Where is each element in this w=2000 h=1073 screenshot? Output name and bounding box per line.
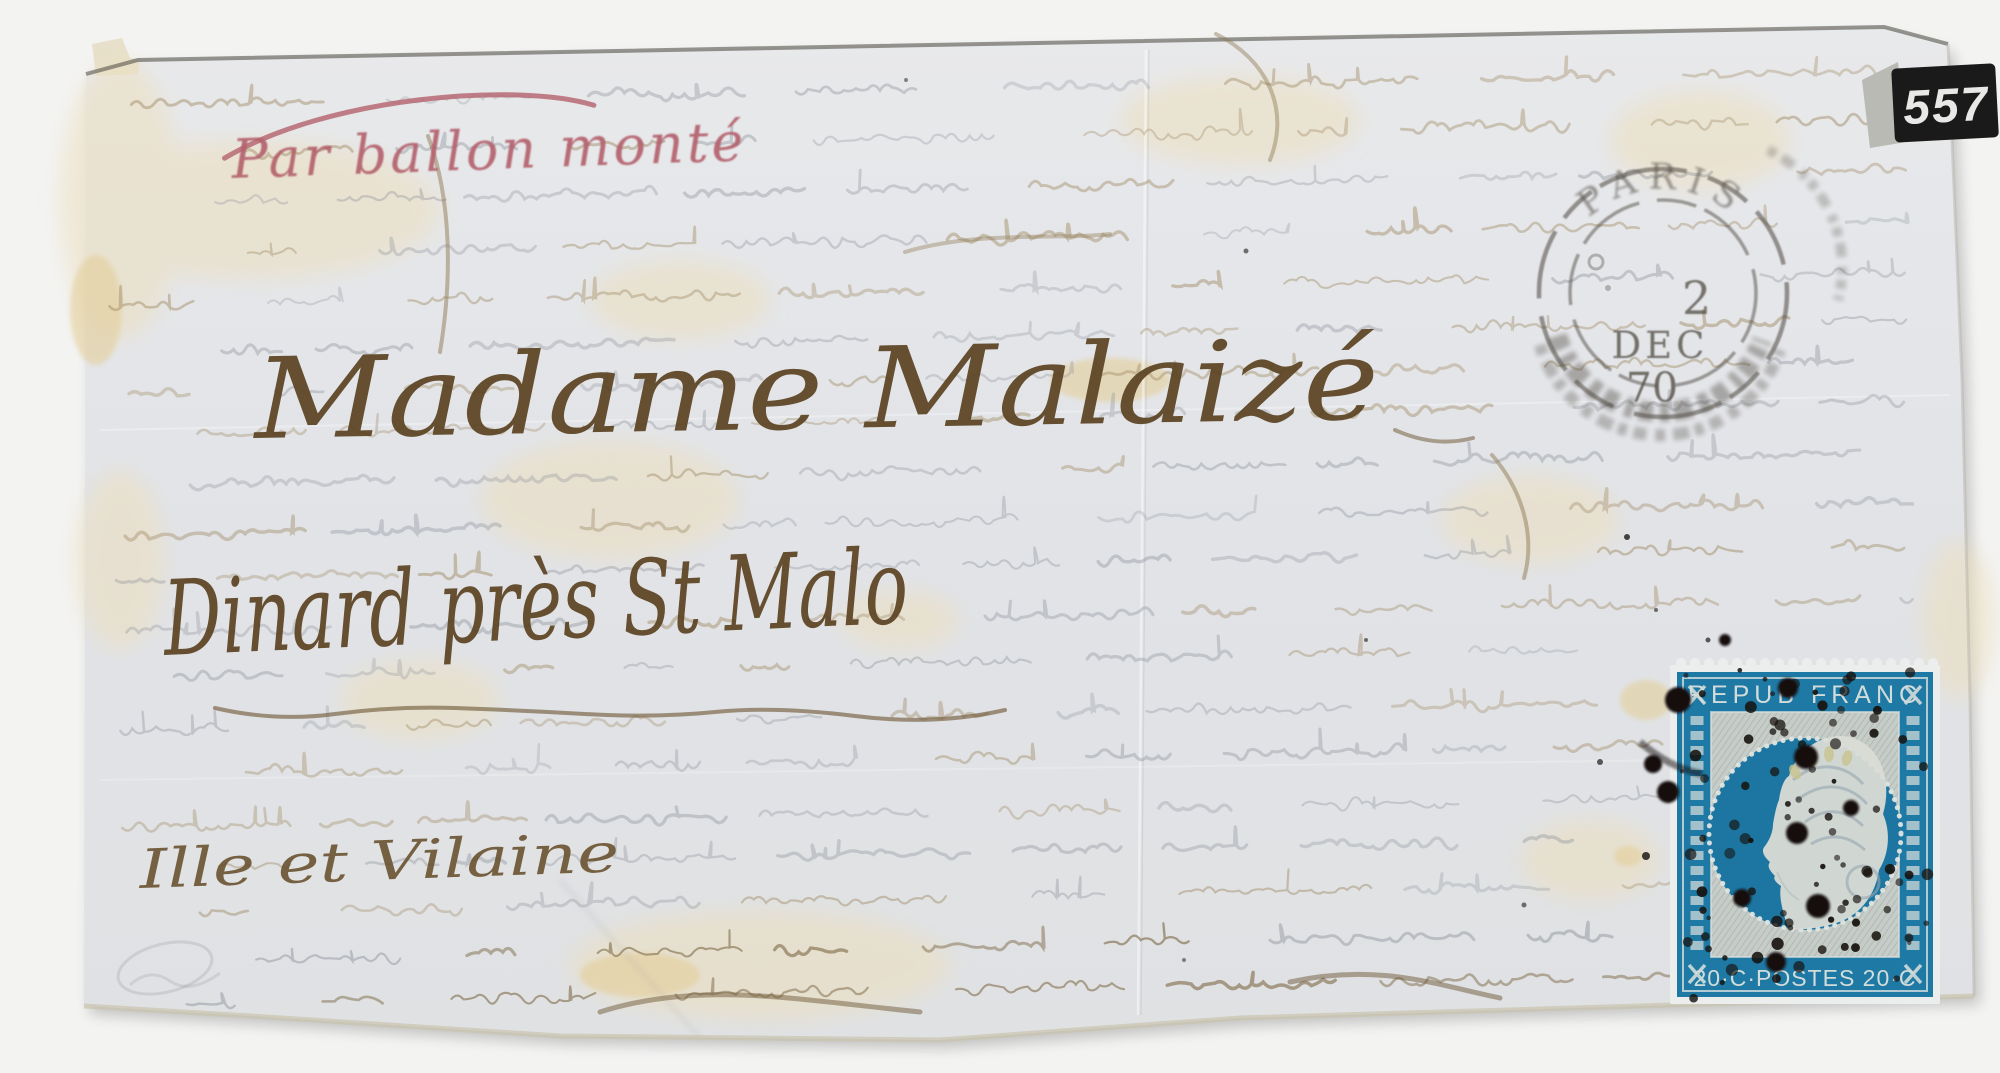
cancel-dot <box>1745 701 1757 713</box>
cancel-dot <box>1884 906 1891 913</box>
cover-scan: Par ballon monté PARIS 2 DEC 70 Madame M… <box>0 0 2000 1073</box>
cancel-dot <box>1905 871 1914 880</box>
cancel-dot <box>1793 961 1804 972</box>
stamp-top-label: REPUB FRANC <box>1688 681 1922 709</box>
cancel-dot <box>1869 729 1878 738</box>
lot-number: 557 <box>1902 78 1991 135</box>
cancel-dot <box>1720 980 1725 985</box>
cancel-dot <box>1700 774 1709 783</box>
cancel-dot <box>1705 945 1712 952</box>
cancel-dot <box>1770 728 1777 735</box>
cancel-dot <box>1752 952 1764 964</box>
cancel-dot <box>1895 878 1903 886</box>
cancel-dot <box>1818 945 1827 954</box>
cancel-dot <box>1825 813 1833 821</box>
cancel-dot <box>1772 974 1781 983</box>
cancel-dot <box>1676 706 1680 710</box>
cancel-dot <box>1839 686 1849 696</box>
cancel-dot <box>1699 835 1706 842</box>
cancel-dot <box>1680 769 1684 773</box>
cancel-dot <box>1771 938 1783 950</box>
cds-dot <box>1605 285 1611 291</box>
cancel-dot <box>1919 762 1928 771</box>
cancel-dot <box>1834 855 1840 861</box>
cancel-dot <box>1809 808 1815 814</box>
cancel-dot <box>1922 869 1934 881</box>
cancel-dot <box>1816 910 1821 915</box>
address-line1: Madame Malaizé <box>251 315 1380 465</box>
cancel-dot <box>1770 767 1779 776</box>
cancel-dot <box>1701 932 1710 941</box>
cancel-dot <box>1737 668 1742 673</box>
cancel-dot <box>1741 782 1749 790</box>
cancel-dot <box>1729 820 1740 831</box>
cds-month: DEC <box>1612 324 1709 367</box>
cancel-dot <box>1780 910 1787 917</box>
cancel-dot <box>1898 735 1907 744</box>
cancel-dot <box>1722 955 1727 960</box>
cancel-dot <box>1829 719 1837 727</box>
cancel-dot <box>1798 740 1807 749</box>
cancel-dot <box>1748 887 1756 895</box>
cancel-dot <box>1795 796 1802 803</box>
cancel-dot <box>1873 806 1880 813</box>
cancel-dot <box>1784 687 1790 693</box>
cancel-dot <box>1779 684 1785 690</box>
cancel-dot <box>1837 706 1845 714</box>
cancel-dot <box>1842 899 1848 905</box>
cancel-dot <box>1832 779 1837 784</box>
cancel-dot <box>1828 916 1834 922</box>
cancel-dot <box>1923 920 1929 926</box>
cancel-dot <box>1893 975 1900 982</box>
cancel-dot <box>1790 679 1800 689</box>
cancel-dot <box>1863 868 1873 878</box>
cancel-dot <box>1907 941 1911 945</box>
cancel-dot <box>1812 690 1817 695</box>
cancel-dot <box>1685 848 1697 860</box>
cancel-dot <box>1820 864 1825 869</box>
cancel-dot <box>1785 801 1791 807</box>
lot-number-tag: 557 <box>1862 62 1999 148</box>
cancel-dot <box>1697 886 1708 897</box>
cancel-dot <box>1724 848 1735 859</box>
cancel-dot <box>1850 730 1857 737</box>
cancel-dot <box>1852 919 1860 927</box>
cancel-dot <box>1744 734 1754 744</box>
cancel-dot <box>1706 916 1711 921</box>
cancel-dot <box>1842 675 1852 685</box>
cancel-dot <box>1809 766 1816 773</box>
cancel-dot <box>1770 691 1775 696</box>
scan-area: Par ballon monté PARIS 2 DEC 70 Madame M… <box>0 0 2000 1073</box>
cancel-dot <box>1872 931 1882 941</box>
cancel-dot <box>1814 882 1819 887</box>
cancel-dot <box>1763 677 1768 682</box>
cancel-dot <box>1837 905 1846 914</box>
cancel-dot <box>1851 943 1860 952</box>
cancel-dot <box>1771 916 1782 927</box>
cancel-dot <box>1726 964 1738 976</box>
cancel-dot <box>1841 943 1849 951</box>
cancel-dot <box>1840 862 1846 868</box>
cancel-dot <box>1817 700 1827 710</box>
cancel-dot <box>1748 838 1753 843</box>
cancel-dot <box>1699 690 1706 697</box>
cancel-dot <box>1690 750 1702 762</box>
cancel-dot <box>1869 713 1879 723</box>
cds-day: 2 <box>1682 271 1711 325</box>
cancel-dot <box>1699 907 1706 914</box>
cancel-dot <box>1689 994 1698 1003</box>
cancel-dot <box>1885 864 1895 874</box>
cancel-dot <box>1785 814 1791 820</box>
cancel-dot <box>1829 828 1837 836</box>
cancel-dot <box>1853 895 1862 904</box>
cancel-dot <box>1784 918 1793 927</box>
cancel-dot <box>1905 667 1915 677</box>
cancel-dot <box>1683 937 1693 947</box>
cancel-dot <box>1830 738 1841 749</box>
cancel-dot <box>1683 673 1688 678</box>
cancel-dot <box>1774 719 1785 730</box>
